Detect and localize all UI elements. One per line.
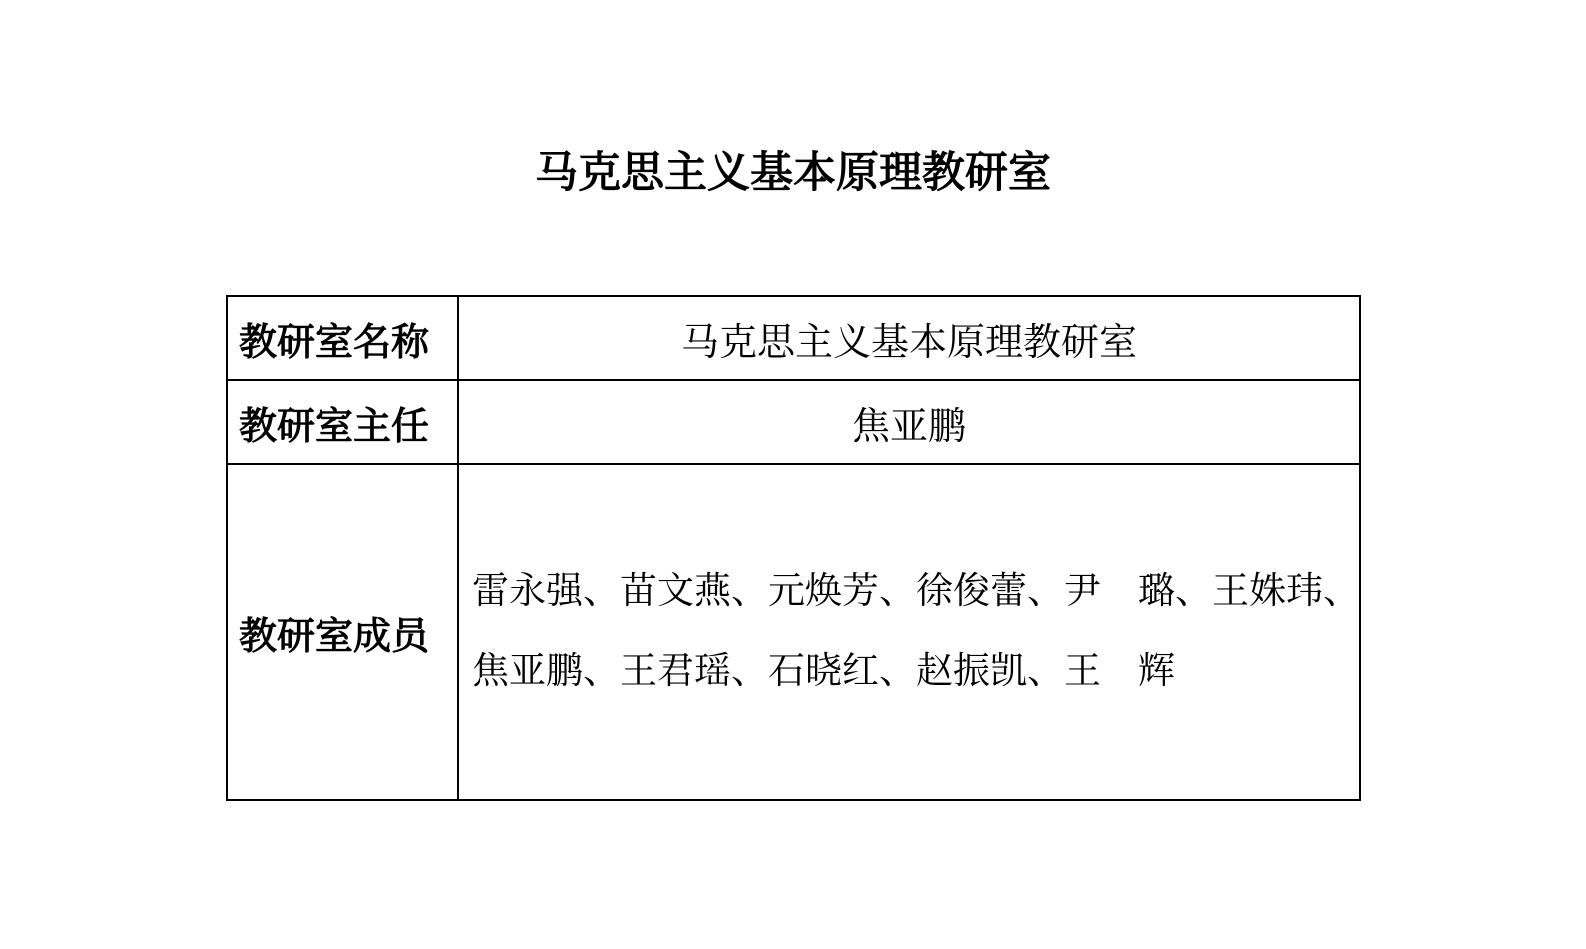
members-line-1: 雷永强、苗文燕、元焕芳、徐俊蕾、尹 璐、王姝玮、 [472, 552, 1345, 632]
table-row-office-name: 教研室名称 马克思主义基本原理教研室 [227, 296, 1360, 380]
office-info-table: 教研室名称 马克思主义基本原理教研室 教研室主任 焦亚鹏 教研室成员 雷永强、苗… [226, 295, 1361, 801]
office-members-label: 教研室成员 [227, 464, 458, 800]
office-director-label: 教研室主任 [227, 380, 458, 464]
office-members-value: 雷永强、苗文燕、元焕芳、徐俊蕾、尹 璐、王姝玮、 焦亚鹏、王君瑶、石晓红、赵振凯… [458, 464, 1360, 800]
table-row-office-members: 教研室成员 雷永强、苗文燕、元焕芳、徐俊蕾、尹 璐、王姝玮、 焦亚鹏、王君瑶、石… [227, 464, 1360, 800]
office-name-label: 教研室名称 [227, 296, 458, 380]
office-director-value: 焦亚鹏 [458, 380, 1360, 464]
document-title: 马克思主义基本原理教研室 [0, 145, 1586, 203]
office-name-value: 马克思主义基本原理教研室 [458, 296, 1360, 380]
document-page: 马克思主义基本原理教研室 教研室名称 马克思主义基本原理教研室 教研室主任 焦亚… [0, 0, 1586, 949]
members-line-2: 焦亚鹏、王君瑶、石晓红、赵振凯、王 辉 [472, 632, 1345, 712]
table-row-office-director: 教研室主任 焦亚鹏 [227, 380, 1360, 464]
